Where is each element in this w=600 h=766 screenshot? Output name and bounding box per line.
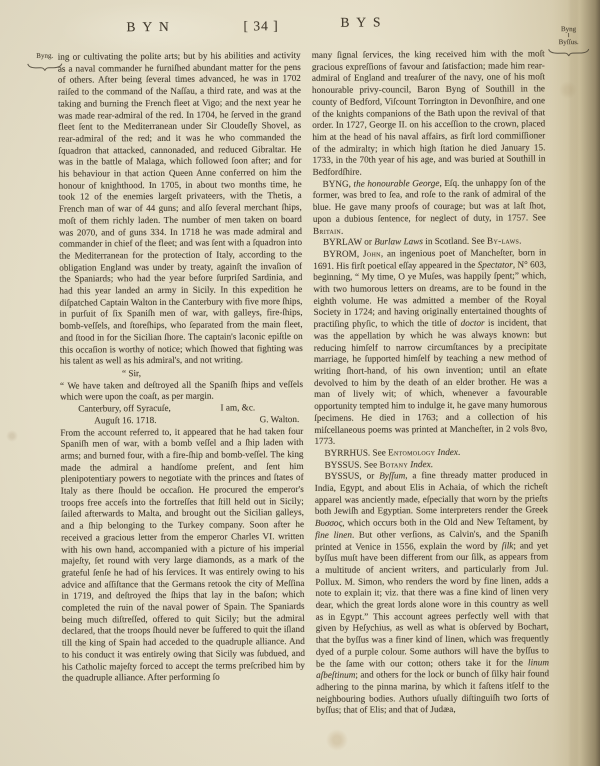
- article-byng-admiral-end: many ſignal ſervices, the king received …: [312, 48, 546, 178]
- running-head-left: B Y N: [126, 19, 170, 35]
- margin-brace-icon: [548, 47, 590, 56]
- article-byrom: BYROM, John, an ingenious poet of Manche…: [313, 247, 547, 448]
- left-column: ing or cultivating the polite arts; but …: [58, 50, 306, 720]
- article-byng-admiral-continuation: ing or cultivating the polite arts; but …: [58, 50, 303, 368]
- letter-body: “ We have taken and deſtroyed all the Sp…: [60, 379, 303, 404]
- book-page: B Y N [ 34 ] B Y S Byng. Byng ‖ Byſſus. …: [0, 0, 600, 766]
- page-content: B Y N [ 34 ] B Y S Byng. Byng ‖ Byſſus. …: [0, 0, 600, 766]
- article-byng-admiral-account: From the account referred to, it appeare…: [60, 425, 305, 684]
- margin-note-right-bottom: Byſſus.: [546, 38, 592, 46]
- right-column: many ſignal ſervices, the king received …: [312, 48, 550, 718]
- article-byng-george: BYNG, the honourable George, Eſq. the un…: [313, 177, 546, 237]
- margin-note-right: Byng ‖ Byſſus.: [546, 26, 592, 56]
- article-byssus: BYSSUS, or Byſſum, a fine thready matter…: [315, 470, 550, 717]
- page-number: [ 34 ]: [243, 18, 278, 34]
- running-head-right: B Y S: [340, 14, 382, 30]
- running-head: B Y N [ 34 ] B Y S: [0, 16, 598, 40]
